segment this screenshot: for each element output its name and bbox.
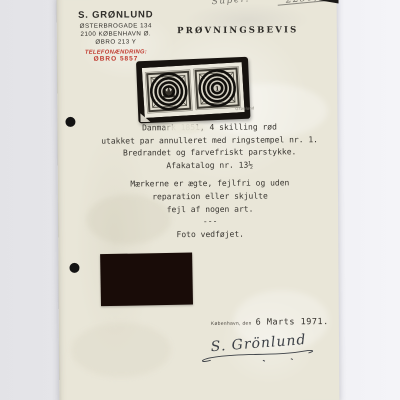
- corner-wedge: [319, 0, 339, 4]
- certificate-body: Danmark 1851, 4 skilling rød utakket par…: [97, 121, 322, 242]
- ink-smudge: [161, 121, 209, 135]
- pencil-note: Super.: [211, 0, 250, 7]
- dateline: København, den 6 Marts 1971.: [211, 317, 346, 328]
- certificate-paper: S. GRØNLUND ØSTERBROGADE 134 2100 KØBENH…: [57, 0, 340, 400]
- letterhead-address-3: ØBRO 213 Y: [63, 38, 169, 47]
- photo-background: S. GRØNLUND ØSTERBROGADE 134 2100 KØBENH…: [0, 0, 400, 400]
- cancel-numeral: 1: [215, 85, 220, 92]
- stamp-mount-card: 1: [136, 57, 250, 124]
- body-line-8: Foto vedføjet.: [98, 228, 322, 242]
- letterhead-name: S. GRØNLUND: [63, 9, 169, 21]
- stamp-pair-image: 1: [142, 62, 245, 118]
- certificate-title: PRØVNINGSBEVIS: [153, 25, 323, 36]
- body-line-5: Mærkerne er ægte, fejlfri og uden: [98, 178, 322, 192]
- expert-mark: Grønlund: [235, 105, 254, 111]
- punch-hole-bottom: [69, 263, 79, 273]
- dateline-date: 6 Marts 1971.: [256, 317, 329, 328]
- stamp-right: 1: [193, 66, 240, 110]
- stamp-left: [145, 70, 192, 114]
- dateline-place: København, den: [211, 322, 252, 327]
- body-line-3: Bredrandet og farvefriskt parstykke.: [98, 146, 322, 160]
- letterhead: S. GRØNLUND ØSTERBROGADE 134 2100 KØBENH…: [63, 9, 169, 64]
- punch-hole-top: [65, 117, 75, 127]
- signature-block: S. Grönlund: [188, 330, 330, 369]
- attached-photo-dark: [100, 253, 193, 307]
- paper-texture-blotch: [71, 322, 171, 378]
- body-line-4: Afakatalog nr. 13½: [98, 159, 322, 173]
